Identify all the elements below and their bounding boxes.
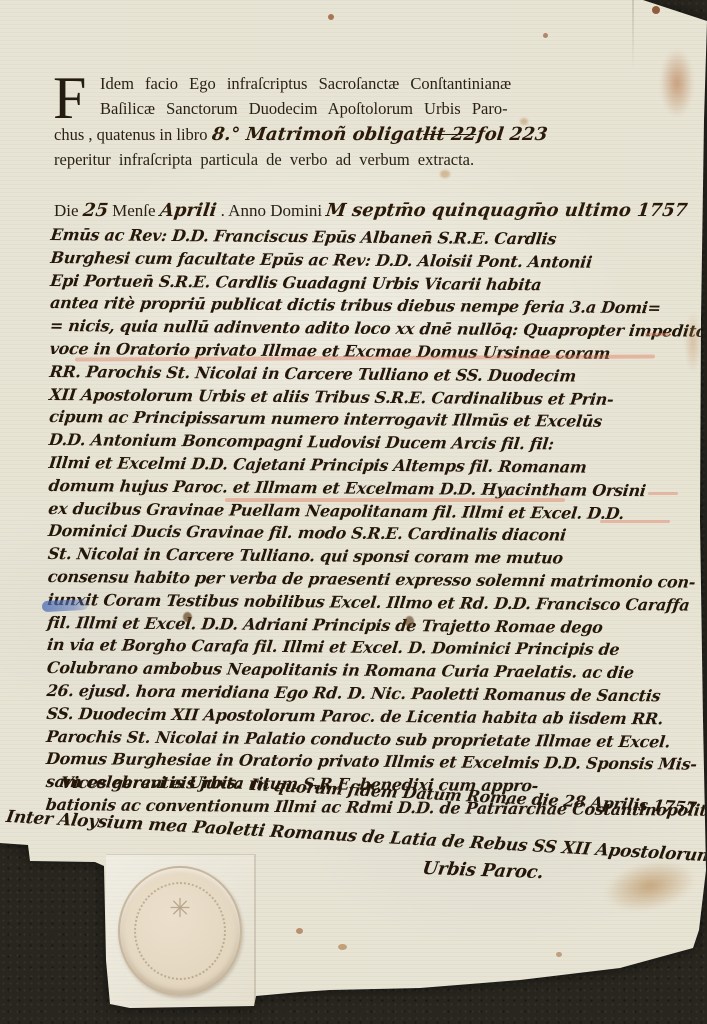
ink-stain	[543, 33, 548, 38]
ink-stain	[520, 118, 528, 125]
seal-emblem-icon: ✳	[120, 894, 240, 924]
handwritten-text-segment: fol 223	[475, 124, 548, 145]
drop-cap-F: F	[53, 70, 86, 126]
handwritten-text-segment: M septm̄o quinquagm̄o ultimo 1757	[325, 200, 689, 221]
printed-text-segment: Die	[54, 201, 83, 220]
red-underline	[225, 498, 565, 502]
printed-line-4: reperitur infraſcripta particula de verb…	[54, 150, 474, 170]
closing-line-left: Vices gerentis Urbis.	[62, 772, 242, 795]
printed-line-1: Idem facio Ego infraſcriptus Sacroſanctæ…	[100, 74, 511, 94]
paper-crease	[632, 0, 634, 70]
parish-title: Urbis Paroc.	[424, 858, 545, 881]
photographed-document: F Idem facio Ego infraſcriptus Sacroſanc…	[0, 0, 707, 1024]
printed-text-segment: . Anno Domini	[216, 201, 326, 220]
handwritten-text-segment: lit 22	[422, 124, 478, 145]
handwritten-text-segment: Aprili	[159, 200, 218, 221]
ink-stain	[652, 6, 660, 14]
ink-stain	[338, 944, 347, 950]
ink-stain	[296, 928, 303, 934]
printed-line-2: Baſilicæ Sanctorum Duodecim Apoſtolorum …	[100, 99, 508, 119]
date-line: Die 25 Menſe Aprili . Anno Domini M sept…	[54, 200, 688, 221]
closing-line-right: In quorum fidem Datum Romae die 28 April…	[252, 774, 698, 797]
red-underline	[648, 492, 678, 495]
printed-line-3: chus , quatenus in libro 8.° Matrimoñ ob…	[54, 124, 547, 145]
printed-text-segment: chus , quatenus in libro	[54, 125, 212, 144]
red-underline	[600, 520, 670, 523]
embossed-seal: ✳	[118, 866, 242, 996]
ink-stain	[328, 14, 334, 20]
paper-wrap: F Idem facio Ego infraſcriptus Sacroſanc…	[0, 0, 707, 1024]
paper-sheet: F Idem facio Ego infraſcriptus Sacroſanc…	[0, 0, 707, 1024]
ink-stain	[660, 48, 694, 118]
ink-blot	[405, 616, 414, 627]
printed-text-segment: Menſe	[108, 201, 160, 220]
handwritten-text-segment: 25	[82, 200, 110, 221]
signature-line: Inter Aloysium mea Paoletti Romanus de L…	[8, 806, 707, 829]
manuscript-body: Emūs ac Rev: D.D. Franciscus Epūs Albane…	[47, 224, 702, 822]
ink-blot	[183, 612, 192, 622]
handwritten-text-segment: 8.° Matrimoñ obligat	[210, 124, 424, 145]
ink-stain	[556, 952, 562, 957]
ink-stain	[684, 310, 702, 374]
red-underline	[645, 333, 671, 336]
ink-stain	[440, 170, 450, 178]
